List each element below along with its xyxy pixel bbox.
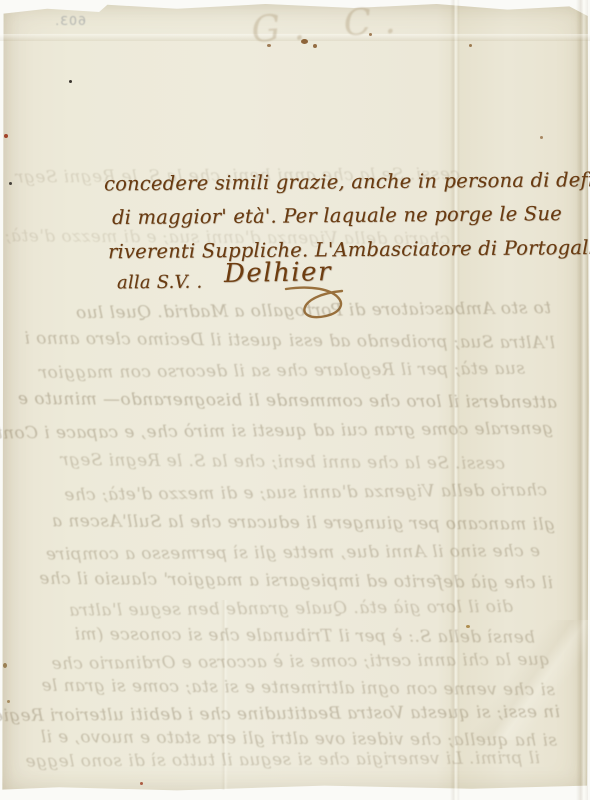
bleedthrough-line: gli mancano per giungere li educare che … — [35, 511, 555, 535]
scanned-manuscript-page: { "scan": { "background_color": "#fafaf7… — [0, 0, 590, 800]
bleedthrough-line: attendersi il loro che commende li bisog… — [35, 389, 557, 413]
foxing-spot — [540, 136, 543, 139]
bleedthrough-line: il primi. Li venerigia che si segua il t… — [35, 748, 540, 772]
ink-speck — [69, 80, 72, 83]
bleedthrough-line: bensì della S.: è per il Tribunale che s… — [35, 624, 535, 647]
bleedthrough-line: cessi. Se la che anni beni; che la S. le… — [35, 450, 505, 474]
foxing-spot — [140, 782, 143, 785]
bleedthrough-line: e che sino il Anni due, mette gli sì per… — [35, 541, 540, 565]
bleedthrough-line: sua età; per il Regolare che sa il decor… — [35, 359, 525, 383]
letter-text-line-2: di maggior' età'. Per laquale ne porge l… — [112, 202, 562, 229]
foxing-spot — [7, 700, 10, 703]
ink-blot — [369, 33, 372, 36]
ink-blot — [301, 39, 308, 44]
ink-blot — [313, 44, 317, 48]
foxing-spot — [469, 44, 472, 47]
bleedthrough-line: dio il loro già età. Quale grande ben se… — [35, 597, 513, 621]
letter-text-line-4: alla S.V. . — [117, 272, 203, 294]
foxing-spot — [4, 134, 8, 138]
letter-text-line-1: concedere simili grazie, anche in person… — [104, 168, 590, 196]
ink-speck — [9, 182, 12, 185]
bleedthrough-line: si ha quella; che videsi ove altri gli e… — [35, 727, 557, 751]
bleedthrough-line: in essi; si questa Vostra Beatitudine ch… — [35, 702, 560, 726]
ink-blot — [267, 44, 271, 47]
foxing-spot — [3, 663, 7, 668]
letter-text-line-3: riverenti Suppliche. L'Ambasciatore di P… — [108, 236, 590, 263]
folio-number-mirrored: 603. — [42, 13, 86, 28]
